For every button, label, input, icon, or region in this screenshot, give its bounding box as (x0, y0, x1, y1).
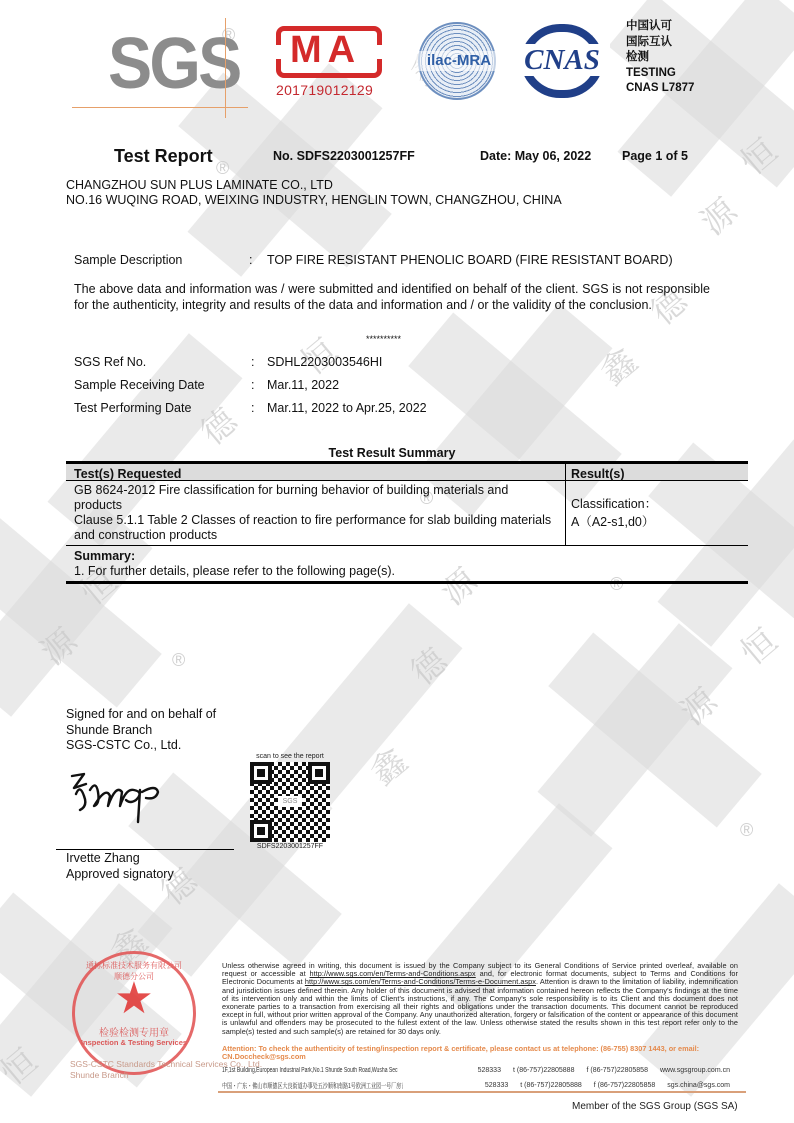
cnas-logo: CNAS (514, 24, 610, 98)
address-row-en: 1F,1st Building,European Industrial Park… (222, 1063, 742, 1078)
signed-on-behalf: Signed for and on behalf of Shunde Branc… (66, 707, 216, 754)
separator: ********** (366, 334, 401, 344)
page-indicator: Page 1 of 5 (622, 149, 688, 163)
address-block: 1F,1st Building,European Industrial Park… (222, 1063, 742, 1093)
test-requested-cell: GB 8624-2012 Fire classification for bur… (66, 481, 566, 545)
report-info: SGS Ref No.:SDHL2203003546HI Sample Rece… (74, 355, 574, 424)
footer-divider (218, 1091, 746, 1093)
summary-table: Test(s) Requested Result(s) GB 8624-2012… (66, 461, 748, 584)
qr-code[interactable]: scan to see the report SGS SDFS220300125… (246, 752, 334, 851)
signatory: Irvette Zhang Approved signatory (66, 851, 174, 882)
star-icon: ★ (75, 976, 193, 1022)
report-title: Test Report (114, 146, 213, 167)
cma-logo: MA 201719012129 (276, 26, 382, 104)
signatory-role: Approved signatory (66, 867, 174, 883)
result-cell: Classification： A（A2-s1,d0） (566, 481, 748, 545)
table-header: Test(s) Requested Result(s) (66, 461, 748, 481)
client-block: CHANGZHOU SUN PLUS LAMINATE CO., LTD NO.… (66, 178, 562, 208)
member-text: Member of the SGS Group (SGS SA) (572, 1101, 738, 1112)
summary-section: Summary: 1. For further details, please … (66, 546, 748, 584)
sgs-logo: SGS (108, 20, 248, 100)
attention-notice: Attention: To check the authenticity of … (222, 1045, 738, 1061)
sample-description-value: TOP FIRE RESISTANT PHENOLIC BOARD (FIRE … (267, 253, 673, 267)
info-row-ref: SGS Ref No.:SDHL2203003546HI (74, 355, 574, 378)
info-row-performing-date: Test Performing Date:Mar.11, 2022 to Apr… (74, 401, 574, 424)
signature-line (56, 849, 234, 850)
email-link[interactable]: sgs.china@sgs.com (667, 1082, 730, 1089)
cma-number: 201719012129 (276, 82, 373, 98)
table-row: GB 8624-2012 Fire classification for bur… (66, 481, 748, 546)
cnas-accreditation-text: 中国认可 国际互认 检测 TESTING CNAS L7877 (626, 19, 694, 97)
client-name: CHANGZHOU SUN PLUS LAMINATE CO., LTD (66, 178, 562, 193)
info-row-receiving-date: Sample Receiving Date:Mar.11, 2022 (74, 378, 574, 401)
website-link[interactable]: www.sgsgroup.com.cn (660, 1067, 730, 1074)
qr-code-image[interactable]: SGS (250, 762, 330, 842)
client-address: NO.16 WUQING ROAD, WEIXING INDUSTRY, HEN… (66, 193, 562, 208)
report-date: Date: May 06, 2022 (480, 149, 591, 163)
signatory-name: Irvette Zhang (66, 851, 174, 867)
report-number: No. SDFS2203001257FF (273, 149, 415, 163)
disclaimer-text: The above data and information was / wer… (74, 282, 710, 313)
signature-icon (66, 766, 176, 826)
report-title-row: Test Report No. SDFS2203001257FF Date: M… (0, 146, 794, 168)
official-seal: 通标标准技术服务有限公司顺德分公司 ★ 检验检测专用章 Inspection &… (72, 951, 196, 1075)
summary-table-title: Test Result Summary (0, 446, 784, 460)
terms-text: Unless otherwise agreed in writing, this… (222, 962, 738, 1036)
ilac-mra-logo: ilac-MRA (418, 22, 496, 100)
